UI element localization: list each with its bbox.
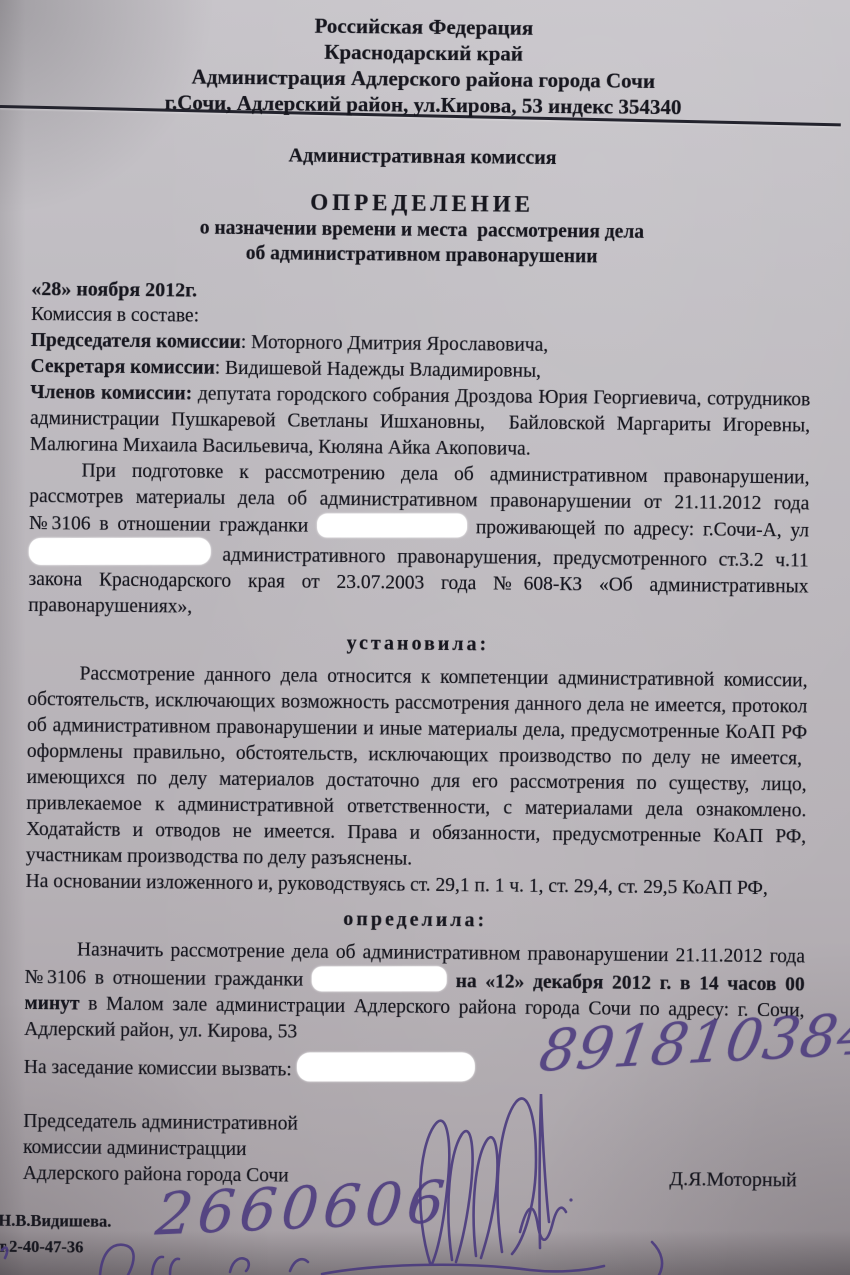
bottom-scribble-4 [290,1259,308,1271]
chair-signature-name: Д.Я.Моторный [669,1166,797,1193]
clerk-phone: т.2-40-47-36 [0,1234,111,1261]
preamble-part-2: проживающей по адресу: г.Сочи-А, ул [476,517,809,541]
secretary-label: Секретаря комиссии [30,356,214,379]
bottom-scribble-2 [152,1257,179,1275]
opredelila-heading: определила: [25,903,805,936]
signature-office-line-1: Председатель административной [23,1109,453,1139]
chair-value: : Моторного Дмитрия Ярославовича, [241,332,549,356]
preamble-paragraph: При подготовке к рассмотрению дела об ад… [28,458,810,626]
signature-dot [569,1198,572,1201]
bottom-scribble-paren [652,1242,662,1275]
handwritten-case-number: 2660606 [153,1167,453,1248]
bottom-scribble-5 [322,1265,604,1274]
redaction-box-citizen-name [317,513,467,537]
signature-office-line-2: комиссии администрацции [23,1135,453,1165]
clerk-block: Н.В.Видишева. т.2-40-47-36 [0,1208,111,1261]
chair-label: Председателя комиссии [31,330,241,353]
secretary-value: : Видишевой Надежды Владимировны, [215,358,541,382]
composition-members: Членов комиссии: депутата городского соб… [30,380,811,465]
ustanovila-heading: установила: [28,627,808,660]
signature-tail [520,1208,566,1240]
redaction-box-citizen-name-2 [312,966,447,991]
clerk-name: Н.В.Видишева. [0,1208,111,1235]
bottom-scribble-3 [230,1258,249,1272]
members-label: Членов комиссии: [30,382,192,405]
document-photo: Российская Федерация Краснодарский край … [0,0,850,1275]
ustanovila-paragraph-1: Рассмотрение данного дела относится к ко… [26,661,808,876]
summon-label: На заседание комиссии вызвать: [24,1057,292,1081]
letterhead: Российская Федерация Краснодарский край … [33,10,814,121]
redaction-box-summoned-person [297,1052,475,1081]
redaction-box-street [29,538,211,565]
commission-name: Административная комиссия [33,140,813,173]
